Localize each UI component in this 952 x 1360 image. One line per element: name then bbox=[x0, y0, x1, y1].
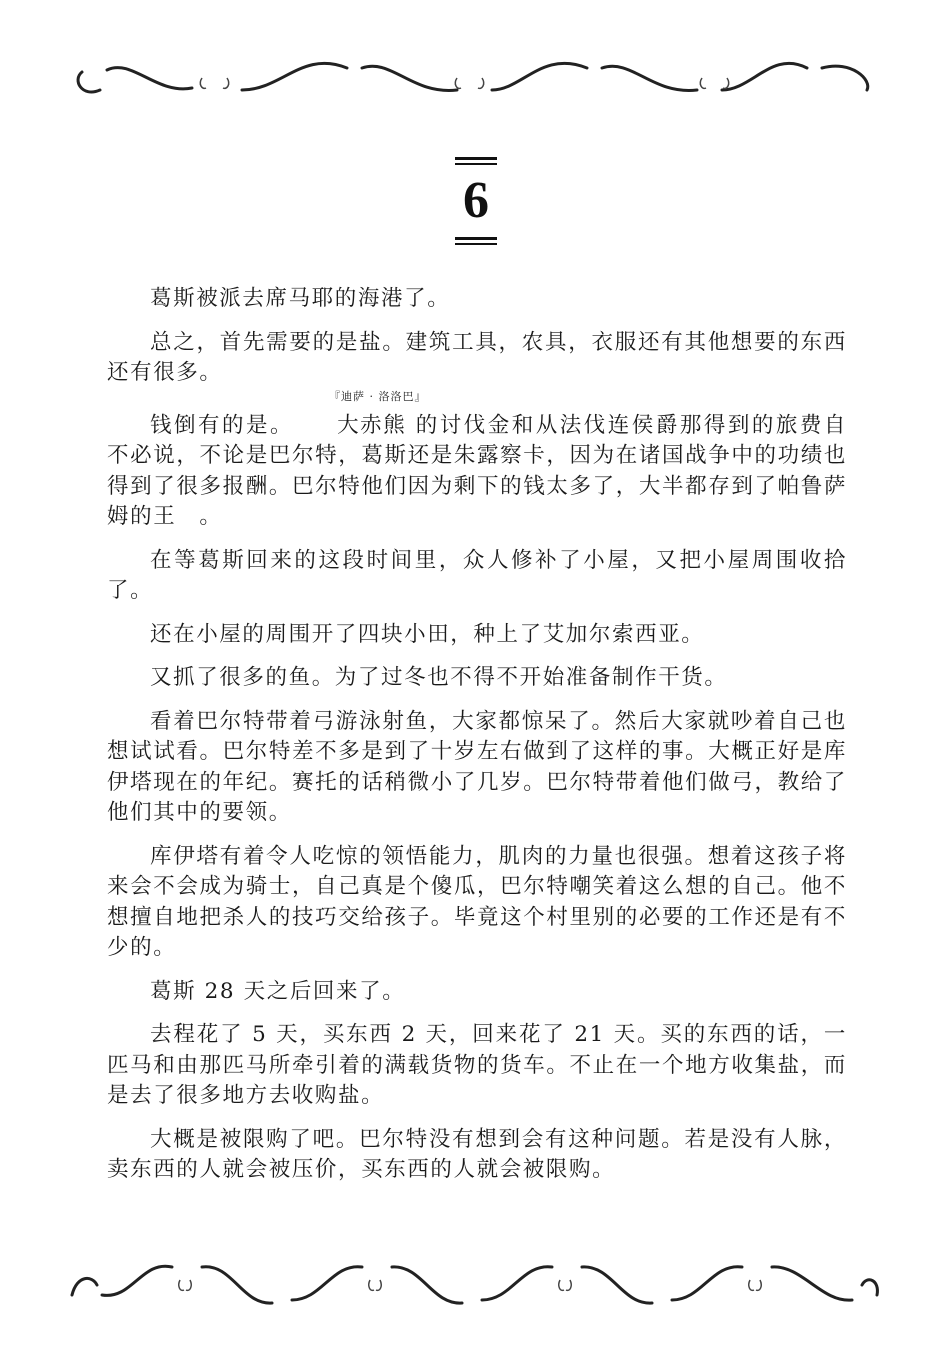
ruby-base: 大赤熊 bbox=[337, 413, 406, 438]
paragraph: 去程花了 5 天，买东西 2 天，回来花了 21 天。买的东西的话，一匹马和由那… bbox=[107, 1020, 847, 1112]
chapter-number: 6 bbox=[0, 169, 952, 233]
paragraph-with-ruby: 钱倒有的是。『迪萨 · 洛洛巴』大赤熊 的讨伐金和从法伐连侯爵那得到的旅费自不必… bbox=[107, 411, 847, 533]
paragraph: 大概是被限购了吧。巴尔特没有想到会有这种问题。若是没有人脉，卖东西的人就会被压价… bbox=[107, 1125, 847, 1186]
chapter-heading: 6 bbox=[0, 157, 952, 245]
chapter-rule-top bbox=[455, 157, 497, 165]
bottom-ornament-border bbox=[62, 1255, 888, 1315]
paragraph: 葛斯 28 天之后回来了。 bbox=[107, 977, 847, 1008]
top-ornament-border bbox=[62, 50, 888, 110]
ruby-term: 『迪萨 · 洛洛巴』大赤熊 bbox=[294, 411, 406, 442]
paragraph: 在等葛斯回来的这段时间里，众人修补了小屋，又把小屋周围收拾了。 bbox=[107, 546, 847, 607]
ruby-annotation: 『迪萨 · 洛洛巴』 bbox=[286, 391, 427, 403]
paragraph: 还在小屋的周围开了四块小田，种上了艾加尔索西亚。 bbox=[107, 620, 847, 651]
paragraph: 库伊塔有着令人吃惊的领悟能力，肌肉的力量也很强。想着这孩子将来会不会成为骑士，自… bbox=[107, 842, 847, 964]
paragraph: 又抓了很多的鱼。为了过冬也不得不开始准备制作干货。 bbox=[107, 663, 847, 694]
paragraph-segment: 钱倒有的是。 bbox=[150, 413, 294, 438]
paragraph: 看着巴尔特带着弓游泳射鱼，大家都惊呆了。然后大家就吵着自己也想试试看。巴尔特差不… bbox=[107, 707, 847, 829]
chapter-rule-bottom bbox=[455, 237, 497, 245]
chapter-body: 葛斯被派去席马耶的海港了。 总之，首先需要的是盐。建筑工具，农具，衣服还有其他想… bbox=[107, 284, 847, 1199]
paragraph: 总之，首先需要的是盐。建筑工具，农具，衣服还有其他想要的东西还有很多。 bbox=[107, 328, 847, 389]
paragraph: 葛斯被派去席马耶的海港了。 bbox=[107, 284, 847, 315]
